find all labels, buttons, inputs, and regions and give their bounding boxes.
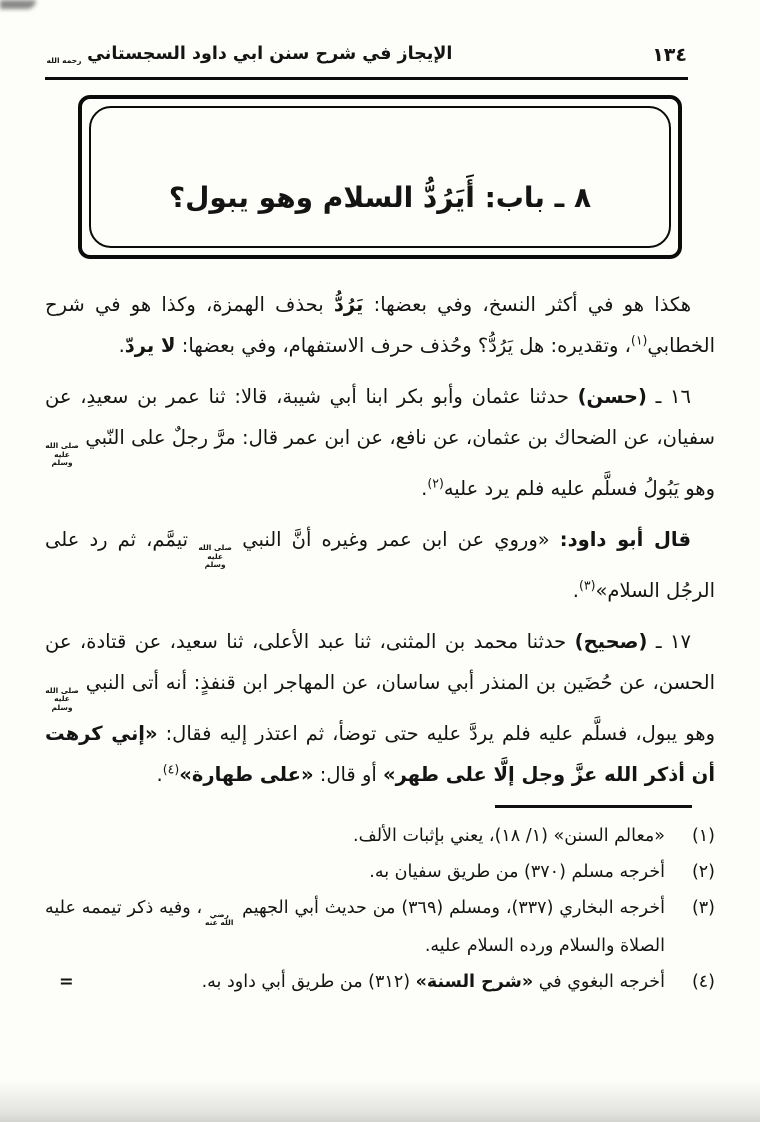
text-segment: ١٦ ـ <box>647 385 691 408</box>
footnote-marker: (٢) <box>673 854 715 890</box>
body-text: هكذا هو في أكثر النسخ، وفي بعضها: يَرُدُ… <box>45 284 715 795</box>
paragraph-hadith-17: ١٧ ـ (صحيح) حدثنا محمد بن المثنى، ثنا عب… <box>45 621 715 795</box>
paragraph-hadith-16: ١٦ ـ (حسن) حدثنا عثمان وأبو بكر ابنا أبي… <box>45 376 715 509</box>
text-segment: قال أبو داود: <box>560 528 691 551</box>
text-segment: «معالم السنن» (١/ ١٨)، يعني بإثبات الألف… <box>353 826 665 846</box>
text-segment: أخرجه البغوي في <box>533 972 665 992</box>
footnote-2: (٢) أخرجه مسلم (٣٧٠) من طريق سفيان به. <box>45 854 715 890</box>
text-segment: «وروي عن ابن عمر وغيره أنَّ النبي <box>232 528 560 551</box>
footnote-1: (١) «معالم السنن» (١/ ١٨)، يعني بإثبات ا… <box>45 818 715 854</box>
footnote-text: أخرجه البغوي في «شرح السنة» (٣١٢) من طري… <box>45 964 665 1000</box>
page-number: ١٣٤ <box>652 44 687 66</box>
text-segment: ١٧ ـ <box>647 630 691 653</box>
footnote-text: «معالم السنن» (١/ ١٨)، يعني بإثبات الألف… <box>45 818 665 854</box>
text-segment: وهو يَبُولُ فسلَّم عليه فلم يرد عليه <box>444 477 715 500</box>
book-title: الإيجاز في شرح سنن ابي داود السجستاني رح… <box>47 44 452 66</box>
page-header: ١٣٤ الإيجاز في شرح سنن ابي داود السجستان… <box>45 44 715 66</box>
text-segment: وهو يبول، فسلَّم عليه فلم يردَّ عليه حتى… <box>158 722 715 745</box>
page-content: ١٣٤ الإيجاز في شرح سنن ابي داود السجستان… <box>0 0 760 1000</box>
footnote-text: أخرجه مسلم (٣٧٠) من طريق سفيان به. <box>45 854 665 890</box>
footnote-ref: (٣) <box>579 577 596 592</box>
scan-bottom-shade <box>0 1080 760 1122</box>
text-segment: هكذا هو في أكثر النسخ، وفي بعضها: <box>363 293 691 316</box>
footnotes: (١) «معالم السنن» (١/ ١٨)، يعني بإثبات ا… <box>45 818 715 1000</box>
text-segment: لا يردّ <box>125 334 176 357</box>
footnote-text: أخرجه البخاري (٣٣٧)، ومسلم (٣٦٩) من حديث… <box>45 890 665 964</box>
honorific-mark: صلى الله عليه وسلم <box>45 442 79 468</box>
text-segment: (صحيح) <box>575 630 648 653</box>
paragraph-manuscript-note: هكذا هو في أكثر النسخ، وفي بعضها: يَرُدُ… <box>45 284 715 366</box>
continuation-mark: = <box>59 964 74 1000</box>
text-segment: أو قال: <box>314 763 383 786</box>
footnote-marker: (٣) <box>673 890 715 964</box>
text-segment: ، وتقديره: هل يَرُدُّ؟ وحُذف حرف الاستفه… <box>176 334 631 357</box>
text-segment: «على طهارة» <box>179 763 313 786</box>
footnote-separator <box>495 805 692 808</box>
text-segment: (حسن) <box>578 385 647 408</box>
honorific-mark: صلى الله عليه وسلم <box>45 687 79 713</box>
honorific-mark: صلى الله عليه وسلم <box>198 544 232 570</box>
text-segment: أخرجه البخاري (٣٣٧)، ومسلم (٣٦٩) من حديث… <box>236 898 665 918</box>
footnote-ref: (٤) <box>163 761 180 776</box>
text-segment: (٣١٢) من طريق أبي داود به. <box>202 972 416 992</box>
rahimahullah-honorific: رحمه الله <box>47 57 81 66</box>
footnote-4: (٤) أخرجه البغوي في «شرح السنة» (٣١٢) من… <box>45 964 715 1000</box>
chapter-title: ٨ ـ باب: أَيَرُدُّ السلام وهو يبول؟ <box>169 181 591 214</box>
book-page: { "colors": { "paper": "#fdfdfa", "ink":… <box>0 0 760 1122</box>
text-segment: يَرُدُّ <box>334 293 363 316</box>
chapter-box: ٨ ـ باب: أَيَرُدُّ السلام وهو يبول؟ <box>78 95 682 259</box>
header-rule <box>45 77 688 80</box>
footnote-ref: (١) <box>631 333 648 348</box>
honorific-mark: رضي الله عنه <box>202 911 236 928</box>
footnote-3: (٣) أخرجه البخاري (٣٣٧)، ومسلم (٣٦٩) من … <box>45 890 715 964</box>
footnote-marker: (٤) <box>673 964 715 1000</box>
chapter-box-inner-border: ٨ ـ باب: أَيَرُدُّ السلام وهو يبول؟ <box>89 106 671 248</box>
text-segment: أخرجه مسلم (٣٧٠) من طريق سفيان به. <box>369 862 665 882</box>
footnote-marker: (١) <box>673 818 715 854</box>
paragraph-abu-dawud-comment: قال أبو داود: «وروي عن ابن عمر وغيره أنَ… <box>45 519 715 611</box>
book-title-text: الإيجاز في شرح سنن ابي داود السجستاني <box>87 44 452 64</box>
text-segment: «شرح السنة» <box>416 972 534 992</box>
footnote-ref: (٢) <box>427 475 444 490</box>
